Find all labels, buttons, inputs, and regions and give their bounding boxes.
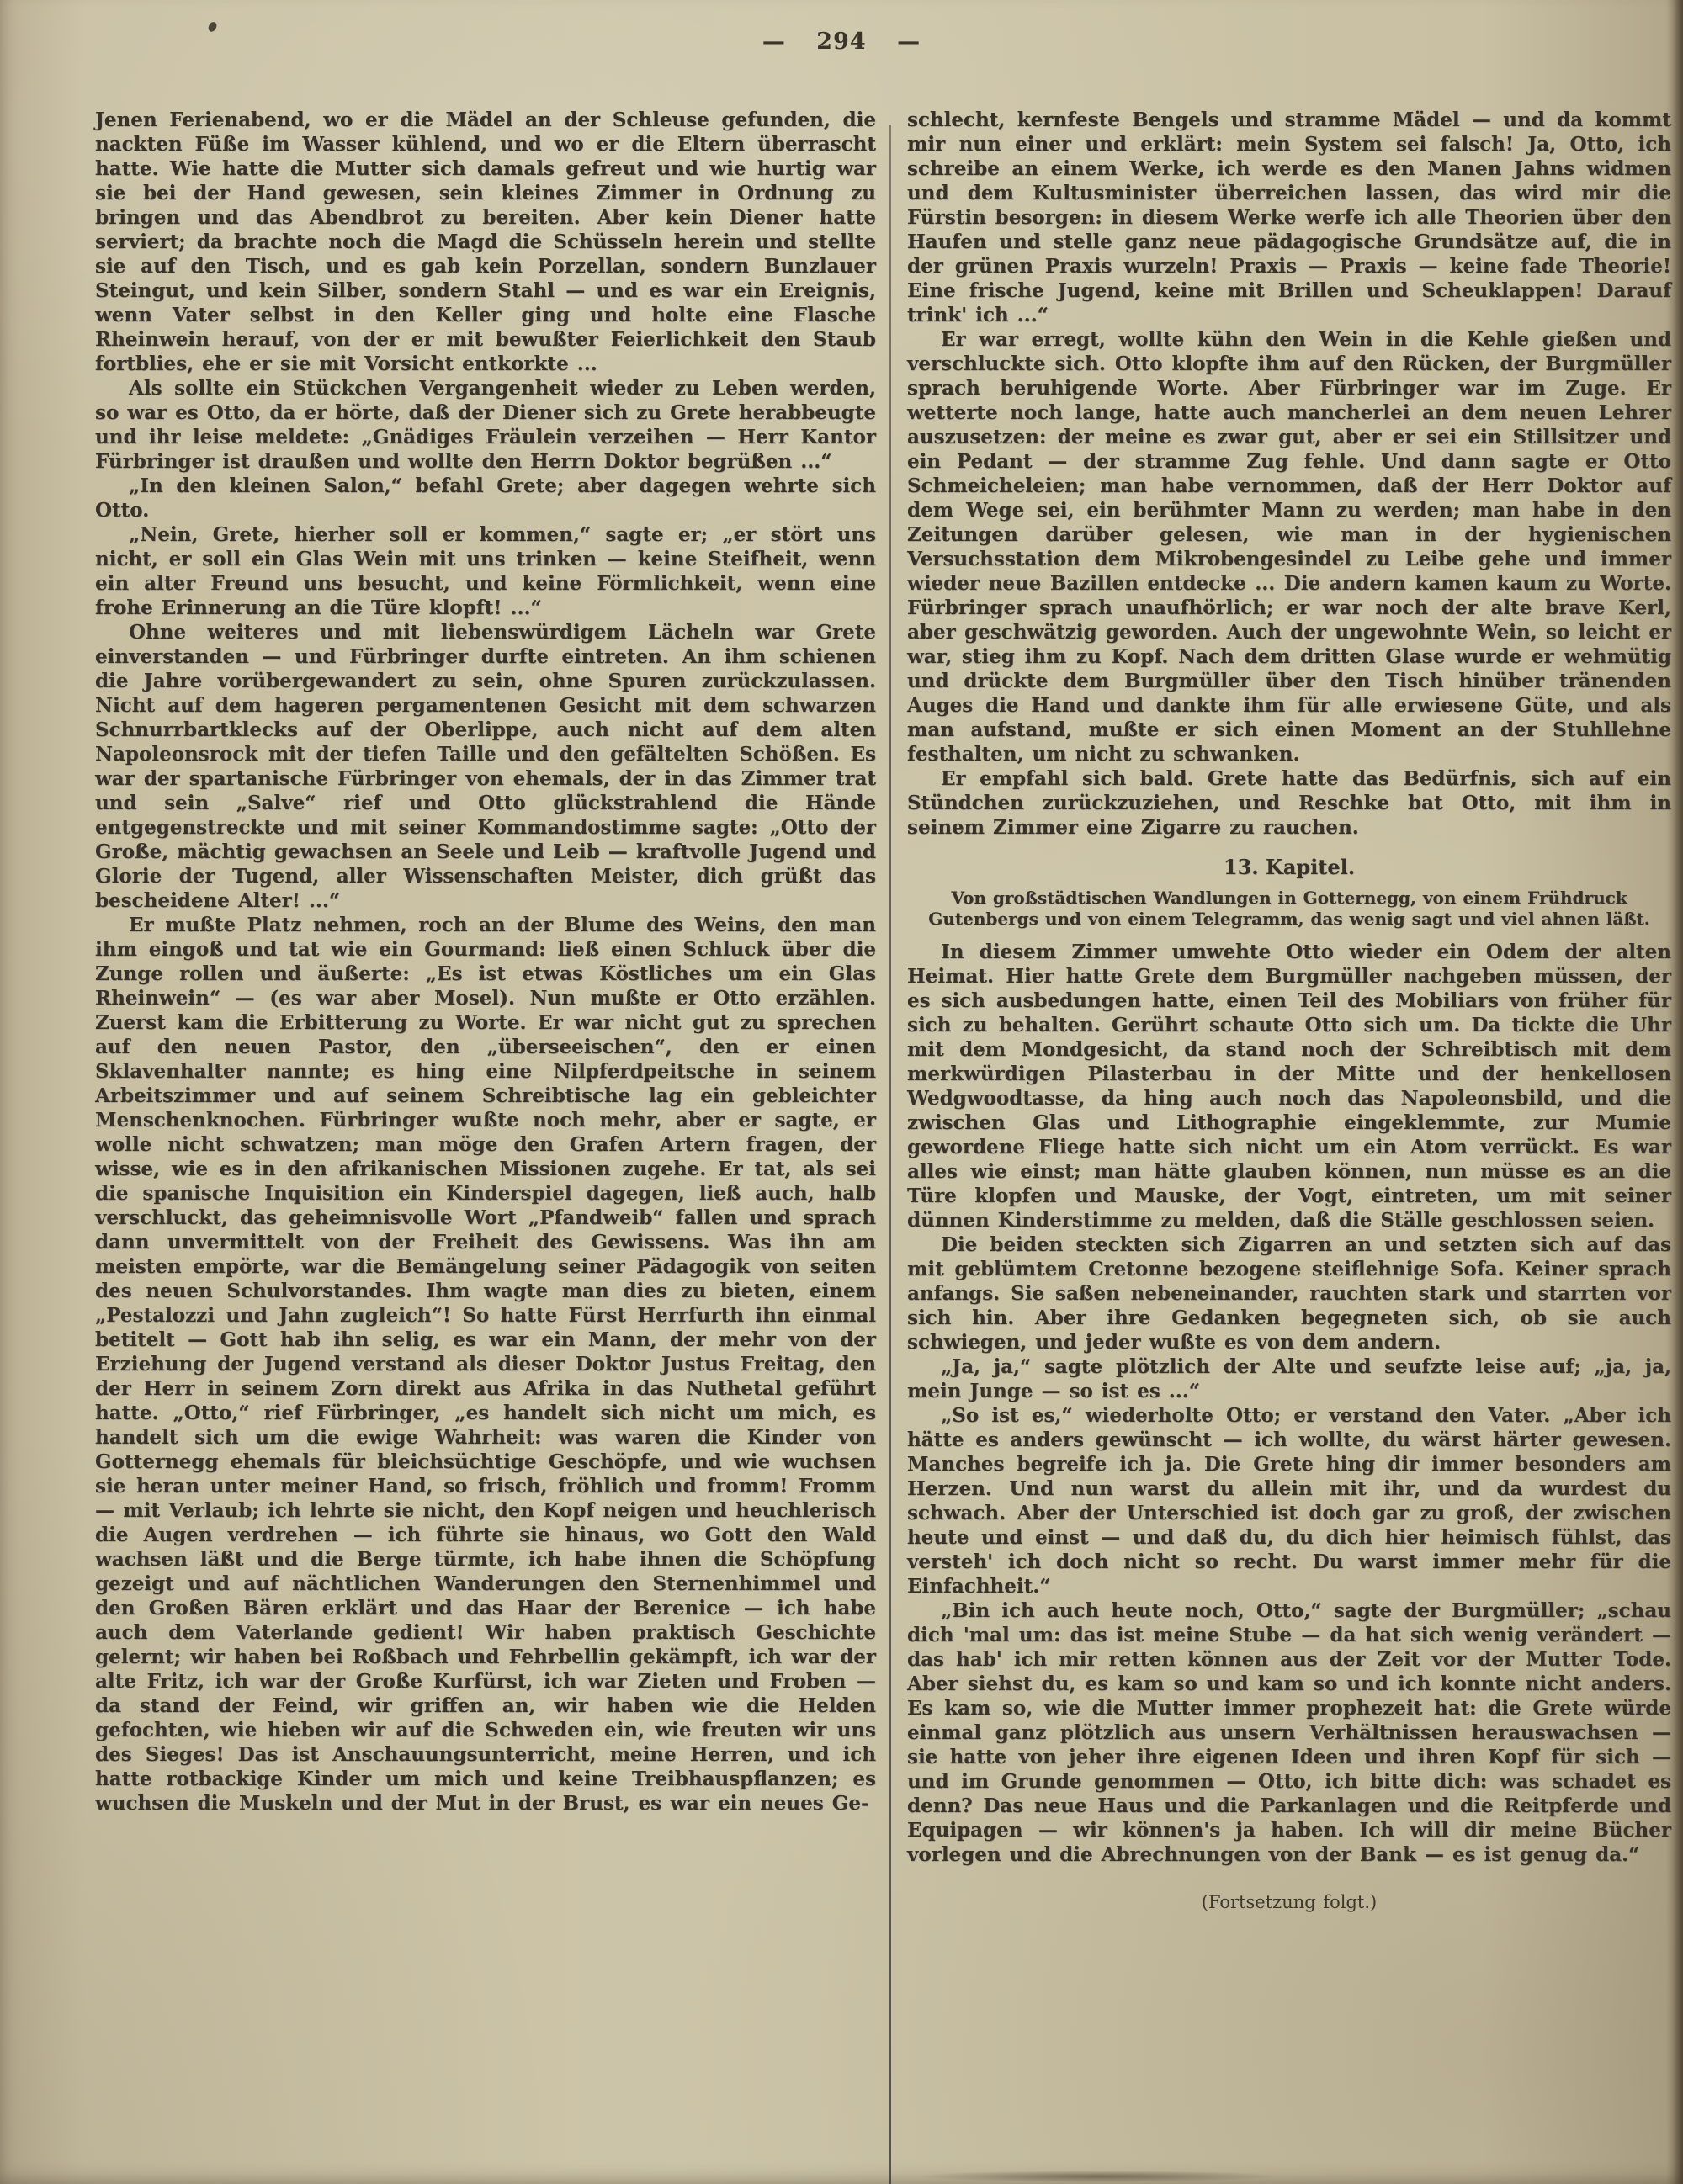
paragraph: Jenen Ferienabend, wo er die Mädel an de… bbox=[95, 108, 876, 376]
book-page: — 294 — Jenen Ferienabend, wo er die Mäd… bbox=[0, 0, 1683, 2184]
right-column: schlecht, kernfeste Bengels und stramme … bbox=[907, 108, 1671, 1915]
chapter-subtitle: Von großstädtischen Wandlungen in Gotter… bbox=[912, 888, 1666, 930]
paragraph: schlecht, kernfeste Bengels und stramme … bbox=[907, 108, 1671, 327]
paragraph: Die beiden steckten sich Zigarren an und… bbox=[907, 1232, 1671, 1354]
paragraph: Ohne weiteres und mit liebenswürdigem Lä… bbox=[95, 620, 876, 913]
column-divider bbox=[889, 125, 891, 2184]
paragraph: Er empfahl sich bald. Grete hatte das Be… bbox=[907, 766, 1671, 840]
continuation-note: (Fortsetzung folgt.) bbox=[907, 1890, 1671, 1915]
paragraph: Er war erregt, wollte kühn den Wein in d… bbox=[907, 327, 1671, 766]
bottom-smudge bbox=[917, 2171, 1279, 2182]
paragraph: „In den kleinen Salon,“ befahl Grete; ab… bbox=[95, 474, 876, 522]
paragraph: In diesem Zimmer umwehte Otto wieder ein… bbox=[907, 940, 1671, 1232]
paragraph: „So ist es,“ wiederholte Otto; er versta… bbox=[907, 1403, 1671, 1598]
paragraph: „Nein, Grete, hierher soll er kommen,“ s… bbox=[95, 522, 876, 620]
paragraph: Er mußte Platz nehmen, roch an der Blume… bbox=[95, 913, 876, 1816]
paragraph: Als sollte ein Stückchen Vergangenheit w… bbox=[95, 376, 876, 474]
left-column: Jenen Ferienabend, wo er die Mädel an de… bbox=[95, 108, 876, 1816]
paragraph: „Ja, ja,“ sagte plötzlich der Alte und s… bbox=[907, 1354, 1671, 1403]
chapter-heading: 13. Kapitel. bbox=[907, 855, 1671, 879]
page-edge-shadow bbox=[1673, 0, 1683, 2184]
page-number: — 294 — bbox=[0, 29, 1683, 55]
paragraph: „Bin ich auch heute noch, Otto,“ sagte d… bbox=[907, 1598, 1671, 1867]
